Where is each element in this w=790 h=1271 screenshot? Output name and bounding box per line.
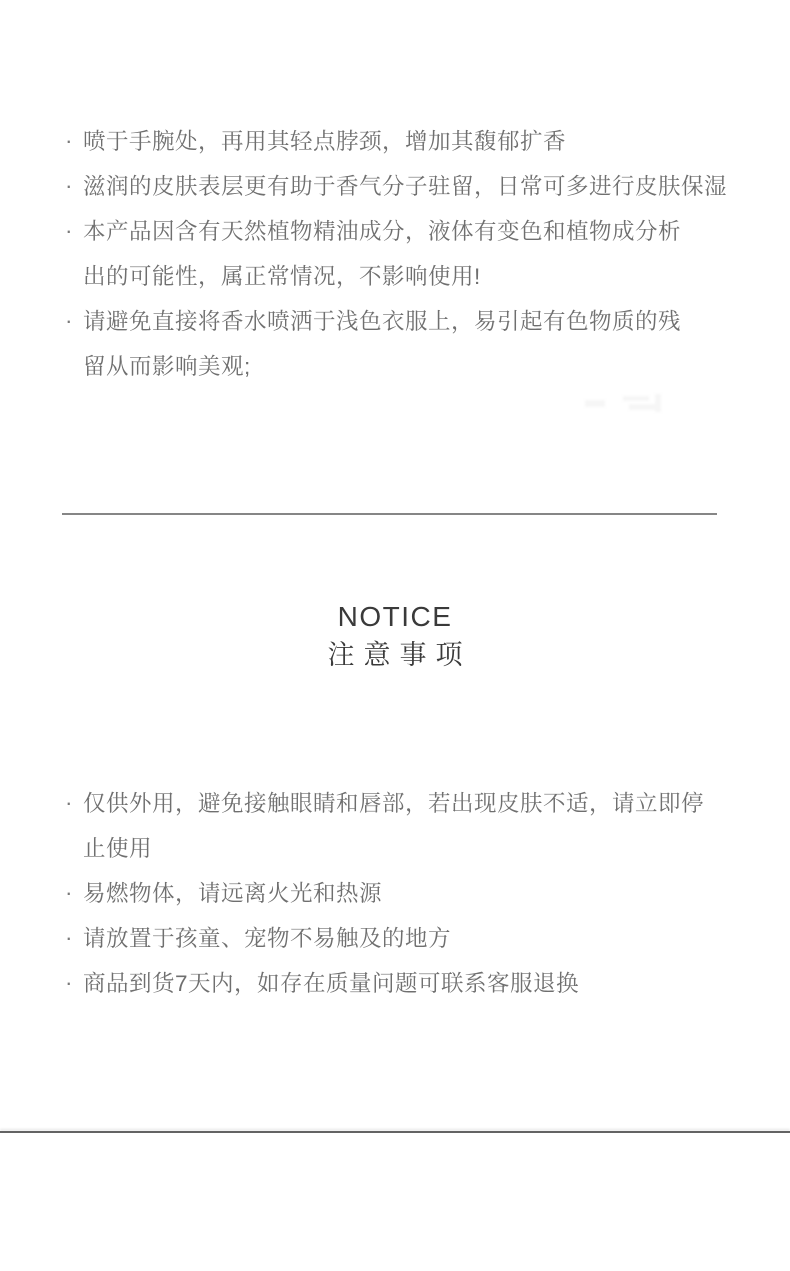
notice-heading: NOTICE 注意事项 (0, 600, 790, 674)
list-item-text: 止使用 (83, 836, 152, 861)
notice-items-list: · 仅供外用，避免接触眼睛和唇部，若出现皮肤不适，请立即停 止使用 · 易燃物体… (62, 781, 752, 1006)
list-item-text: 出的可能性，属正常情况，不影响使用! (83, 264, 481, 289)
bullet-dot: · (65, 780, 73, 825)
list-item-text: 留从而影响美观; (83, 354, 251, 379)
bullet-dot: · (65, 118, 73, 163)
bullet-dot: · (65, 960, 73, 1005)
list-item: · 仅供外用，避免接触眼睛和唇部，若出现皮肤不适，请立即停 止使用 (62, 781, 752, 871)
list-item-text: 易燃物体，请远离火光和热源 (83, 881, 382, 906)
list-item: · 请避免直接将香水喷洒于浅色衣服上，易引起有色物质的残 留从而影响美观; (62, 299, 752, 389)
list-item-text: 商品到货7天内，如存在质量问题可联系客服退换 (83, 971, 579, 996)
list-item-text: 请避免直接将香水喷洒于浅色衣服上，易引起有色物质的残 (83, 309, 681, 334)
bullet-dot: · (65, 208, 73, 253)
section-divider-line (62, 513, 717, 515)
list-item: · 喷于手腕处，再用其轻点脖颈，增加其馥郁扩香 (62, 119, 752, 164)
list-item: · 商品到货7天内，如存在质量问题可联系客服退换 (62, 961, 752, 1006)
list-item-text: 请放置于孩童、宠物不易触及的地方 (83, 926, 451, 951)
list-item-text: 喷于手腕处，再用其轻点脖颈，增加其馥郁扩香 (83, 129, 566, 154)
faint-watermark-artifact (585, 392, 677, 414)
list-item: · 滋润的皮肤表层更有助于香气分子驻留，日常可多进行皮肤保湿 (62, 164, 752, 209)
bullet-dot: · (65, 298, 73, 343)
list-item: · 易燃物体，请远离火光和热源 (62, 871, 752, 916)
list-item-text: 滋润的皮肤表层更有助于香气分子驻留，日常可多进行皮肤保湿 (83, 174, 727, 199)
bullet-dot: · (65, 163, 73, 208)
bullet-dot: · (65, 870, 73, 915)
list-item: · 本产品因含有天然植物精油成分，液体有变色和植物成分析 出的可能性，属正常情况… (62, 209, 752, 299)
list-item-text: 本产品因含有天然植物精油成分，液体有变色和植物成分析 (83, 219, 681, 244)
list-item-text: 仅供外用，避免接触眼睛和唇部，若出现皮肤不适，请立即停 (83, 791, 704, 816)
bottom-edge-divider-line (0, 1131, 790, 1133)
list-item: · 请放置于孩童、宠物不易触及的地方 (62, 916, 752, 961)
notice-title-en: NOTICE (0, 600, 790, 634)
usage-notes-list: · 喷于手腕处，再用其轻点脖颈，增加其馥郁扩香 · 滋润的皮肤表层更有助于香气分… (62, 119, 752, 389)
bullet-dot: · (65, 915, 73, 960)
notice-title-zh: 注意事项 (0, 636, 790, 674)
